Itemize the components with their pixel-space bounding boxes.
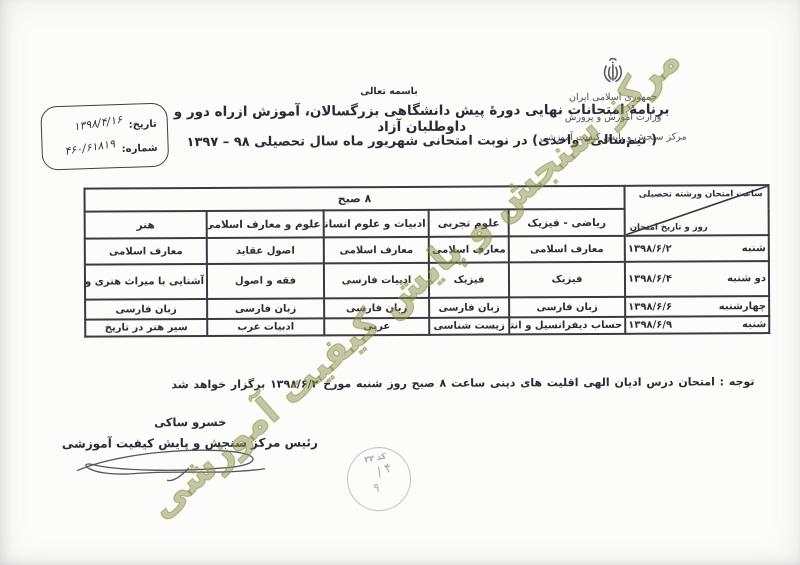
subject-cell: عربی bbox=[324, 318, 429, 336]
document-title-line1: برنامهٔ امتحانات نهایی دورهٔ پیش دانشگاه… bbox=[169, 102, 674, 137]
day-date-cell: شنبه ۱۳۹۸/۶/۲ bbox=[625, 235, 769, 262]
handwritten-number-value: ۴۶۰/۶۱۸۱۹ bbox=[64, 137, 116, 158]
registration-stamp: کد ۲۲ ۴ / ۹ bbox=[342, 442, 416, 516]
subject-cell: زبان فارسی bbox=[429, 297, 509, 317]
footnote: توجه : امتحان درس ادیان الهی اقلیت های د… bbox=[145, 375, 754, 391]
date-value: ۱۳۹۸/۶/۴ bbox=[628, 274, 672, 285]
subject-cell: زبان فارسی bbox=[324, 298, 429, 319]
table-row: شنبه ۱۳۹۸/۶/۹ حساب دیفرانسیل و انتگرال ز… bbox=[85, 316, 769, 337]
subject-cell: ادبیات عرب bbox=[207, 318, 324, 336]
corner-bottom-label: روز و تاریخ امتحان bbox=[630, 222, 708, 232]
subject-cell: فقه و اصول bbox=[207, 263, 324, 299]
column-header-literature-humanities: ادبیات و علوم انسانی bbox=[324, 210, 429, 238]
corner-top-label: ساعت امتحان ورشته تحصیلی bbox=[639, 189, 763, 200]
scanned-exam-schedule-document: جمهوری اسلامی ایران وزارت آموزش و پرورش … bbox=[0, 0, 800, 565]
day-date-cell: چهارشنبه ۱۳۹۸/۶/۶ bbox=[625, 296, 769, 317]
reference-number-row: شماره: ۴۶۰/۶۱۸۱۹ bbox=[50, 136, 158, 164]
handwritten-date-value: ۱۳۹۸/۴/۱۶ bbox=[73, 113, 123, 133]
subject-cell: فیزیک bbox=[509, 262, 625, 298]
subject-cell: آشنایی با میراث هنری و فرهنگی ایران bbox=[85, 264, 207, 300]
date-label: تاریخ: bbox=[128, 118, 157, 130]
date-value: ۱۳۹۸/۶/۶ bbox=[628, 301, 672, 312]
signatory-name: خسرو ساکی bbox=[63, 414, 318, 429]
subject-cell: فیزیک bbox=[429, 262, 509, 297]
document-title-line2: ( نیم‌سالی– واحدی) در نوبت امتحانی شهریو… bbox=[169, 133, 674, 151]
day-date-cell: شنبه ۱۳۹۸/۶/۹ bbox=[625, 316, 769, 334]
subject-cell: زبان فارسی bbox=[207, 298, 324, 319]
column-header-art: هنر bbox=[85, 211, 207, 239]
subject-cell: ادبیات فارسی bbox=[324, 263, 429, 299]
subject-cell: معارف اسلامی bbox=[509, 236, 625, 263]
exam-schedule-table: ساعت امتحان ورشته تحصیلی روز و تاریخ امت… bbox=[83, 184, 770, 338]
subject-cell: اصول عقاید bbox=[207, 237, 324, 264]
column-header-experimental-sciences: علوم تجربی bbox=[429, 209, 509, 236]
subject-cell: سیر هنر در تاریخ bbox=[85, 319, 207, 337]
subject-cell: زیست شناسی bbox=[429, 317, 509, 334]
column-header-islamic-sciences: علوم و معارف اسلامی bbox=[207, 210, 324, 238]
time-header-cell: ۸ صبح bbox=[85, 186, 625, 212]
day-value: چهارشنبه bbox=[719, 301, 766, 312]
subject-cell: حساب دیفرانسیل و انتگرال bbox=[509, 317, 625, 335]
subject-cell: زبان فارسی bbox=[85, 299, 207, 320]
day-value: شنبه bbox=[742, 319, 766, 330]
subject-cell: معارف اسلامی bbox=[429, 236, 509, 262]
date-value: ۱۳۹۸/۶/۹ bbox=[628, 320, 672, 331]
subject-cell: معارف اسلامی bbox=[85, 238, 207, 265]
date-value: ۱۳۹۸/۶/۲ bbox=[628, 243, 672, 254]
day-value: دو شنبه bbox=[727, 273, 766, 284]
besmele: باسمه تعالی bbox=[329, 86, 449, 98]
subject-cell: معارف اسلامی bbox=[324, 237, 429, 264]
signature-block: خسرو ساکی رئیس مرکز سنجش و پایش کیفیت آم… bbox=[63, 414, 318, 450]
number-label: شماره: bbox=[122, 142, 158, 154]
iran-emblem-icon bbox=[602, 57, 624, 84]
reference-box: تاریخ: ۱۳۹۸/۴/۱۶ شماره: ۴۶۰/۶۱۸۱۹ bbox=[40, 102, 169, 170]
day-value: شنبه bbox=[742, 243, 766, 254]
table-row: دو شنبه ۱۳۹۸/۶/۴ فیزیک فیزیک ادبیات فارس… bbox=[85, 261, 769, 300]
corner-header-cell: ساعت امتحان ورشته تحصیلی روز و تاریخ امت… bbox=[624, 185, 768, 236]
day-date-cell: دو شنبه ۱۳۹۸/۶/۴ bbox=[625, 261, 769, 297]
subject-cell: زبان فارسی bbox=[509, 297, 625, 318]
table-row: شنبه ۱۳۹۸/۶/۲ معارف اسلامی معارف اسلامی … bbox=[85, 235, 769, 265]
stamp-handwritten-mark: ۹ bbox=[355, 480, 397, 495]
reference-date-row: تاریخ: ۱۳۹۸/۴/۱۶ bbox=[49, 112, 157, 140]
column-header-math-physics: ریاضی - فیزیک bbox=[509, 209, 625, 237]
document-content: جمهوری اسلامی ایران وزارت آموزش و پرورش … bbox=[0, 0, 800, 565]
signatory-title: رئیس مرکز سنجش و پایش کیفیت آموزشی bbox=[63, 435, 318, 450]
